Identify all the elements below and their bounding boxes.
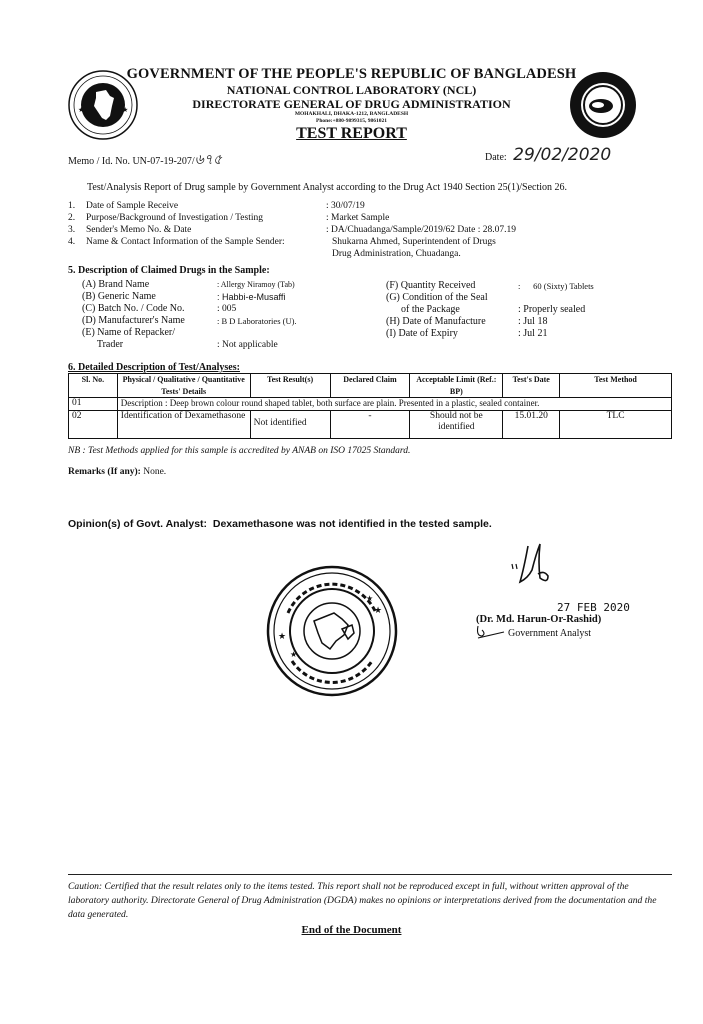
table-row: 01 Description : Deep brown colour round… (69, 398, 672, 411)
info-label: Sender's Memo No. & Date (86, 225, 191, 235)
info-num: 1. (68, 201, 86, 211)
info-value: Shukarna Ahmed, Superintendent of Drugs (332, 237, 496, 247)
quantity-label: (F) Quantity Received (386, 280, 521, 292)
memo-number: Memo / Id. No. UN-07-19-207/৬৭৫ (68, 148, 222, 172)
header-dgda: DIRECTORATE GENERAL OF DRUG ADMINISTRATI… (0, 97, 703, 112)
repacker-label: (E) Name of Repacker/ (82, 327, 217, 339)
header-government: GOVERNMENT OF THE PEOPLE'S REPUBLIC OF B… (0, 66, 703, 83)
trader-value: : Not applicable (217, 339, 377, 351)
memo-handwritten: ৬৭৫ (195, 152, 222, 168)
cell-claim: - (330, 410, 410, 438)
nb-note: NB : Test Methods applied for this sampl… (68, 446, 410, 456)
header-ncl: NATIONAL CONTROL LABORATORY (NCL) (0, 83, 703, 98)
col-limit: Acceptable Limit (Ref.: BP) (410, 374, 503, 398)
batch-value: : 005 (217, 303, 377, 315)
section5-heading: 5. Description of Claimed Drugs in the S… (68, 265, 270, 276)
manufacture-date-value: : Jul 18 (518, 316, 668, 328)
seal-label: (G) Condition of the Seal (386, 292, 521, 304)
col-method: Test Method (560, 374, 672, 398)
header-phone: Phone:+880-9899315, 9861021 (0, 118, 703, 124)
signature-icon (508, 540, 558, 590)
quantity-value: : 60 (Sixty) Tablets (518, 280, 668, 292)
memo-label: Memo / Id. No. UN-07-19-207/ (68, 156, 195, 167)
trader-label: Trader (82, 339, 217, 351)
expiry-label: (I) Date of Expiry (386, 328, 521, 340)
official-stamp-icon: ★ ★ ★ ★ (262, 563, 402, 699)
col-date: Test's Date (503, 374, 560, 398)
page-title: TEST REPORT (0, 125, 703, 143)
cell-sl: 02 (69, 410, 118, 438)
end-of-document: End of the Document (0, 924, 703, 936)
table-row: 02 Identification of Dexamethasone Not i… (69, 410, 672, 438)
col-tests: Physical / Qualitative / Quantitative Te… (117, 374, 250, 398)
cell-description: Description : Deep brown colour round sh… (117, 398, 671, 411)
claimed-values-right: : 60 (Sixty) Tablets : Properly sealed :… (518, 280, 668, 340)
analysis-table: Sl. No. Physical / Qualitative / Quantit… (68, 373, 672, 439)
intro-text: Test/Analysis Report of Drug sample by G… (87, 182, 567, 193)
info-value: : DA/Chuadanga/Sample/2019/62 Date : 28.… (326, 225, 516, 235)
manufacturer-label: (D) Manufacturer's Name (82, 315, 217, 327)
claimed-labels-right: (F) Quantity Received (G) Condition of t… (386, 280, 521, 340)
info-row: 2.Purpose/Background of Investigation / … (68, 213, 263, 223)
manufacturer-value: : B D Laboratories (U). (217, 315, 377, 327)
info-value: Drug Administration, Chuadanga. (332, 249, 461, 259)
table-header-row: Sl. No. Physical / Qualitative / Quantit… (69, 374, 672, 398)
cell-method: TLC (560, 410, 672, 438)
claimed-values-left: : Allergy Niramoy (Tab) : Habbi-e-Musaff… (217, 279, 377, 351)
col-sl: Sl. No. (69, 374, 118, 398)
svg-text:★: ★ (290, 650, 297, 659)
info-row: 3.Sender's Memo No. & Date (68, 225, 191, 235)
claimed-labels-left: (A) Brand Name (B) Generic Name (C) Batc… (82, 279, 217, 351)
svg-text:★: ★ (278, 631, 286, 641)
expiry-value: : Jul 21 (518, 328, 668, 340)
repacker-value (217, 327, 377, 339)
cell-test: Identification of Dexamethasone (117, 410, 250, 438)
footer-divider (68, 874, 672, 875)
section6-heading: 6. Detailed Description of Test/Analyses… (68, 362, 240, 373)
report-date: Date: 29/02/2020 (485, 145, 611, 165)
stamp-date: 27 FEB 2020 (557, 601, 630, 614)
date-label: Date: (485, 152, 507, 163)
info-label: Date of Sample Receive (86, 201, 178, 211)
opinion-value: Dexamethasone was not identified in the … (213, 518, 492, 530)
opinion: Opinion(s) of Govt. Analyst: Dexamethaso… (68, 518, 492, 530)
date-handwritten: 29/02/2020 (513, 145, 611, 165)
cell-limit: Should not be identified (410, 410, 503, 438)
info-num: 3. (68, 225, 86, 235)
batch-label: (C) Batch No. / Code No. (82, 303, 217, 315)
col-result: Test Result(s) (250, 374, 330, 398)
col-claim: Declared Claim (330, 374, 410, 398)
cell-result: Not identified (250, 410, 330, 438)
header-address: MOHAKHALI, DHAKA-1212, BANGLADESH (0, 111, 703, 117)
remarks-value: None. (143, 467, 166, 477)
cell-sl: 01 (69, 398, 118, 411)
remarks-label: Remarks (If any): (68, 467, 141, 477)
info-value: : Market Sample (326, 213, 389, 223)
initial-mark-icon (474, 624, 508, 640)
seal-label-cont: of the Package (386, 304, 521, 316)
generic-label: (B) Generic Name (82, 291, 217, 303)
generic-value: : Habbi-e-Musaffi (217, 291, 377, 303)
info-num: 4. (68, 237, 86, 247)
manufacture-date-label: (H) Date of Manufacture (386, 316, 521, 328)
brand-value: : Allergy Niramoy (Tab) (217, 279, 377, 291)
info-row: 4.Name & Contact Information of the Samp… (68, 237, 285, 247)
cell-date: 15.01.20 (503, 410, 560, 438)
remarks: Remarks (If any): None. (68, 467, 166, 477)
info-value: : 30/07/19 (326, 201, 365, 211)
analyst-title: Government Analyst (508, 628, 591, 639)
info-label: Purpose/Background of Investigation / Te… (86, 213, 263, 223)
brand-label: (A) Brand Name (82, 279, 217, 291)
seal-value: : Properly sealed (518, 304, 668, 316)
seal-value-empty (518, 292, 668, 304)
info-label: Name & Contact Information of the Sample… (86, 237, 285, 247)
info-row: 1.Date of Sample Receive (68, 201, 178, 211)
caution-note: Caution: Certified that the result relat… (68, 880, 668, 922)
opinion-label: Opinion(s) of Govt. Analyst: (68, 518, 207, 530)
info-num: 2. (68, 213, 86, 223)
